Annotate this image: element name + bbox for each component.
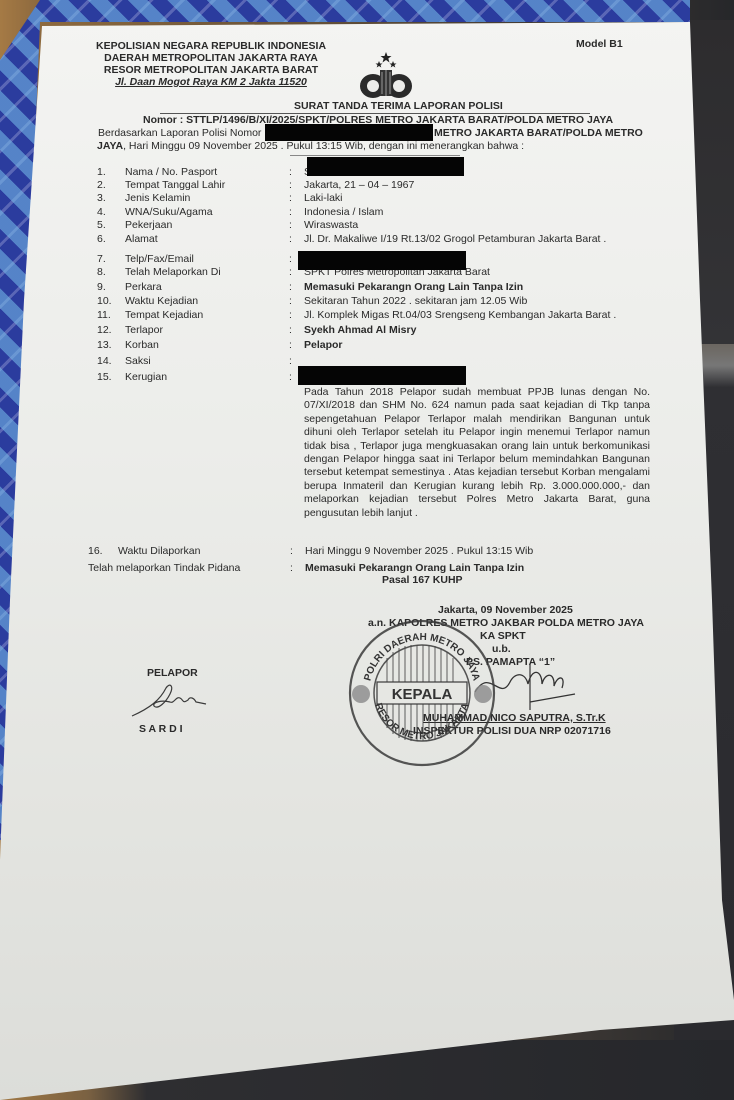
stamp-top-text: POLRI DAERAH METRO JAYA bbox=[363, 632, 482, 682]
field-value: Pelapor bbox=[304, 339, 343, 351]
field-number: 14. bbox=[97, 355, 112, 367]
police-emblem-icon bbox=[356, 50, 416, 102]
form-model: Model B1 bbox=[576, 38, 623, 50]
intro-rule bbox=[290, 155, 460, 156]
field-row: 3.Jenis Kelamin:Laki-laki bbox=[97, 192, 657, 204]
intro-line-1-suffix: METRO JAKARTA BARAT/POLDA METRO bbox=[434, 127, 643, 139]
field-label: Perkara bbox=[125, 281, 162, 293]
field-number: 7. bbox=[97, 253, 106, 265]
field-label: Telp/Fax/Email bbox=[125, 253, 194, 265]
org-address: Jl. Daan Mogot Raya KM 2 Jakta 11520 bbox=[96, 76, 326, 88]
field-label: Nama / No. Pasport bbox=[125, 166, 217, 178]
field-number: 12. bbox=[97, 324, 112, 336]
redaction-bar bbox=[307, 157, 464, 176]
field-colon: : bbox=[290, 562, 293, 574]
field-colon: : bbox=[290, 545, 293, 557]
field-label: Jenis Kelamin bbox=[125, 192, 190, 204]
field-label: Tempat Tanggal Lahir bbox=[125, 179, 225, 191]
field-colon: : bbox=[289, 233, 292, 245]
field-value: Syekh Ahmad Al Misry bbox=[304, 324, 416, 336]
field-colon: : bbox=[289, 192, 292, 204]
field-number: 15. bbox=[97, 371, 112, 383]
field-waktu-dilaporkan: 16. Waktu Dilaporkan : Hari Minggu 9 Nov… bbox=[88, 545, 648, 557]
field-number: 2. bbox=[97, 179, 106, 191]
field-row: 10.Waktu Kejadian:Sekitaran Tahun 2022 .… bbox=[97, 295, 657, 307]
field-label: Alamat bbox=[125, 233, 158, 245]
field-colon: : bbox=[289, 324, 292, 336]
field-label: Pekerjaan bbox=[125, 219, 172, 231]
field-row: 6.Alamat:Jl. Dr. Makaliwe I/19 Rt.13/02 … bbox=[97, 233, 657, 245]
svg-text:POLRI DAERAH METRO JAYA: POLRI DAERAH METRO JAYA bbox=[363, 632, 482, 682]
reporter-name: S A R D I bbox=[139, 723, 183, 735]
field-value: Laki-laki bbox=[304, 192, 343, 204]
field-row: 13.Korban:Pelapor bbox=[97, 339, 657, 351]
intro-line-2: JAYA, Hari Minggu 09 November 2025 . Puk… bbox=[97, 140, 524, 152]
field-value: Indonesia / Islam bbox=[304, 206, 383, 218]
field-number: 11. bbox=[97, 309, 111, 321]
reporter-role: PELAPOR bbox=[147, 667, 198, 679]
field-colon: : bbox=[289, 355, 292, 367]
field-label: Kerugian bbox=[125, 371, 167, 383]
field-colon: : bbox=[289, 371, 292, 383]
field-label: Saksi bbox=[125, 355, 151, 367]
org-line-3: RESOR METROPOLITAN JAKARTA BARAT bbox=[96, 64, 326, 76]
field-row: 11.Tempat Kejadian:Jl. Komplek Migas Rt.… bbox=[97, 309, 657, 321]
field-label: Terlapor bbox=[125, 324, 163, 336]
field-number: 3. bbox=[97, 192, 106, 204]
field-label: Tempat Kejadian bbox=[125, 309, 203, 321]
intro-line-2-bold: JAYA bbox=[97, 140, 123, 152]
field-row: 4.WNA/Suku/Agama:Indonesia / Islam bbox=[97, 206, 657, 218]
field-colon: : bbox=[289, 166, 292, 178]
field-label: Telah melaporkan Tindak Pidana bbox=[88, 562, 240, 574]
field-colon: : bbox=[289, 179, 292, 191]
field-value: Wiraswasta bbox=[304, 219, 358, 231]
field-row: 12.Terlapor:Syekh Ahmad Al Misry bbox=[97, 324, 657, 336]
field-row: 2.Tempat Tanggal Lahir:Jakarta, 21 – 04 … bbox=[97, 179, 657, 191]
place-date: Jakarta, 09 November 2025 bbox=[438, 604, 573, 616]
field-tindak-pidana: Telah melaporkan Tindak Pidana : Memasuk… bbox=[88, 562, 648, 574]
field-number: 10. bbox=[97, 295, 112, 307]
field-label: Waktu Kejadian bbox=[125, 295, 198, 307]
field-value: Hari Minggu 9 November 2025 . Pukul 13:1… bbox=[305, 545, 533, 557]
field-value: Memasuki Pekarangn Orang Lain Tanpa Izin bbox=[304, 281, 523, 293]
field-label: Telah Melaporkan Di bbox=[125, 266, 221, 278]
org-line-2: DAERAH METROPOLITAN JAKARTA RAYA bbox=[96, 52, 326, 64]
org-line-1: KEPOLISIAN NEGARA REPUBLIK INDONESIA bbox=[96, 40, 326, 52]
field-number: 1. bbox=[97, 166, 106, 178]
field-colon: : bbox=[289, 339, 292, 351]
field-value: Jl. Komplek Migas Rt.04/03 Srengseng Kem… bbox=[304, 309, 616, 321]
document-title: SURAT TANDA TERIMA LAPORAN POLISI bbox=[294, 100, 503, 112]
official-stamp-icon: KEPALA POLRI DAERAH METRO JAYA RESOR MET… bbox=[347, 618, 497, 768]
field-colon: : bbox=[289, 281, 292, 293]
redacted-report-number bbox=[265, 124, 433, 141]
field-label: Waktu Dilaporkan bbox=[118, 545, 200, 557]
police-report-document: KEPOLISIAN NEGARA REPUBLIK INDONESIA DAE… bbox=[0, 0, 734, 1100]
intro-line-1-prefix: Berdasarkan Laporan Polisi Nomor : bbox=[98, 127, 267, 139]
field-number: 6. bbox=[97, 233, 106, 245]
field-label: WNA/Suku/Agama bbox=[125, 206, 213, 218]
field-number: 5. bbox=[97, 219, 106, 231]
pasal: Pasal 167 KUHP bbox=[382, 574, 463, 586]
stamp-center-text: KEPALA bbox=[392, 686, 453, 703]
field-value: Jakarta, 21 – 04 – 1967 bbox=[304, 179, 414, 191]
field-value: Sekitaran Tahun 2022 . sekitaran jam 12.… bbox=[304, 295, 527, 307]
field-number: 9. bbox=[97, 281, 106, 293]
field-colon: : bbox=[289, 295, 292, 307]
intro-line-2-rest: , Hari Minggu 09 November 2025 . Pukul 1… bbox=[123, 140, 524, 152]
field-row: 9.Perkara:Memasuki Pekarangn Orang Lain … bbox=[97, 281, 657, 293]
field-value: Jl. Dr. Makaliwe I/19 Rt.13/02 Grogol Pe… bbox=[304, 233, 606, 245]
reporter-signature-icon bbox=[130, 680, 210, 720]
field-row: 5.Pekerjaan:Wiraswasta bbox=[97, 219, 657, 231]
field-colon: : bbox=[289, 309, 292, 321]
redaction-bar bbox=[298, 251, 466, 270]
field-value: Memasuki Pekarangn Orang Lain Tanpa Izin bbox=[305, 562, 524, 574]
field-colon: : bbox=[289, 219, 292, 231]
redaction-bar bbox=[298, 366, 466, 385]
field-label: Korban bbox=[125, 339, 159, 351]
field-number: 4. bbox=[97, 206, 106, 218]
field-colon: : bbox=[289, 253, 292, 265]
field-colon: : bbox=[289, 206, 292, 218]
kerugian-description: Pada Tahun 2018 Pelapor sudah membuat PP… bbox=[304, 386, 650, 520]
field-number: 13. bbox=[97, 339, 112, 351]
field-colon: : bbox=[289, 266, 292, 278]
letterhead: KEPOLISIAN NEGARA REPUBLIK INDONESIA DAE… bbox=[96, 40, 326, 88]
field-number: 16. bbox=[88, 545, 103, 557]
field-number: 8. bbox=[97, 266, 106, 278]
